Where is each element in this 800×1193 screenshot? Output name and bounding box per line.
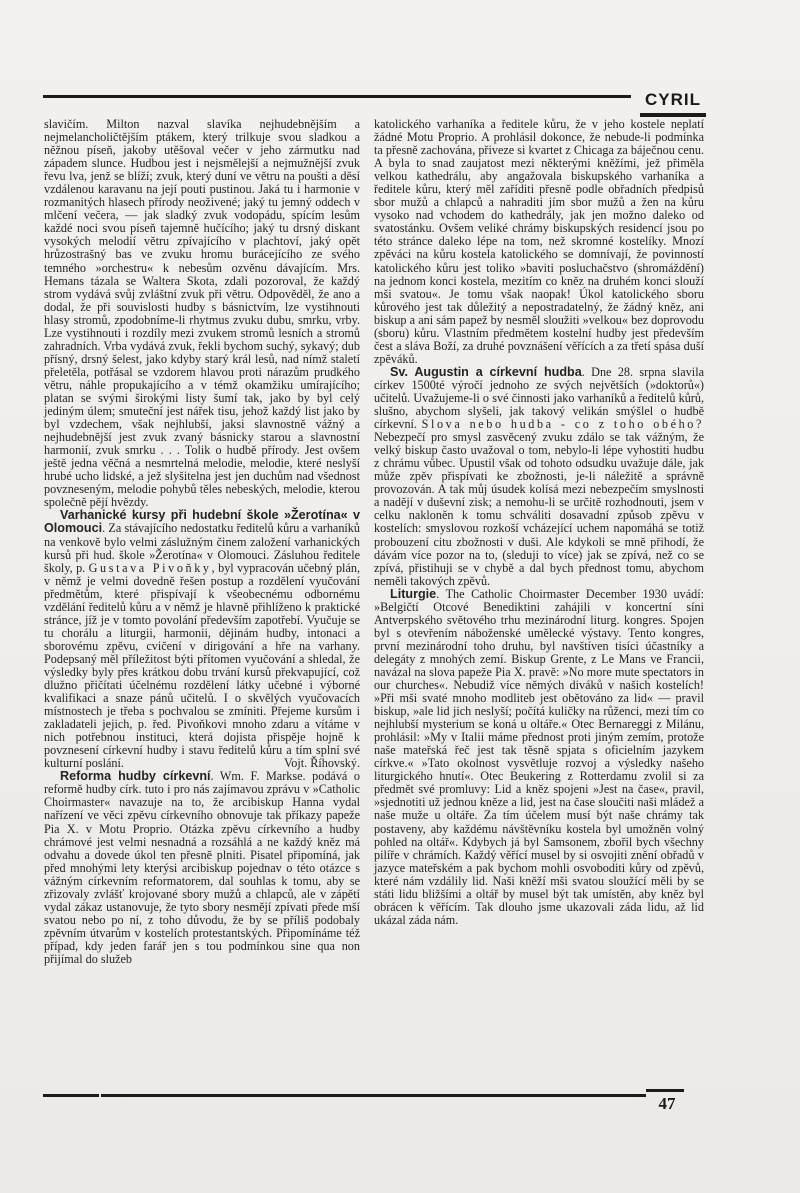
article-text: . Wm. F. Markse. podává o reformě hudby … <box>44 769 360 966</box>
header-rule <box>43 95 631 98</box>
spaced-quote: Slova nebo hudba - co z toho obého? <box>422 417 704 431</box>
spaced-name: Gustava Pivoňky <box>89 561 212 575</box>
right-column: katolického varhaníka a ředitele kůru, ž… <box>374 118 704 927</box>
article-heading: Liturgie <box>390 587 436 601</box>
page-number: 47 <box>648 1094 686 1114</box>
paragraph-continuation: katolického varhaníka a ředitele kůru, ž… <box>374 118 704 366</box>
running-head: CYRIL <box>640 90 706 110</box>
article-text: Nebezpečí pro smysl zasvěcený zvuku zdál… <box>374 430 704 588</box>
article-organ-courses: Varhanické kursy při hudební škole »Žero… <box>44 509 360 770</box>
article-heading: Reforma hudby církevní <box>60 769 211 783</box>
page-number-rule <box>646 1089 684 1092</box>
article-liturgy: Liturgie. The Catholic Choirmaster Decem… <box>374 588 704 927</box>
footer-rule-short <box>43 1094 99 1097</box>
paragraph-nature-music: slavičím. Milton nazval slavíka nejhudeb… <box>44 118 360 509</box>
article-text: , byl vypracován učebný plán, v němž je … <box>44 561 360 771</box>
left-column: slavičím. Milton nazval slavíka nejhudeb… <box>44 118 360 966</box>
magazine-page: CYRIL slavičím. Milton nazval slavíka ne… <box>0 0 800 1193</box>
footer-rule <box>101 1094 646 1097</box>
article-church-music-reform: Reforma hudby církevní. Wm. F. Markse. p… <box>44 770 360 966</box>
article-st-augustine: Sv. Augustin a církevní hudba. Dne 28. s… <box>374 366 704 588</box>
article-heading: Sv. Augustin a církevní hudba <box>390 365 582 379</box>
article-text: . The Catholic Choirmaster December 1930… <box>374 587 704 927</box>
